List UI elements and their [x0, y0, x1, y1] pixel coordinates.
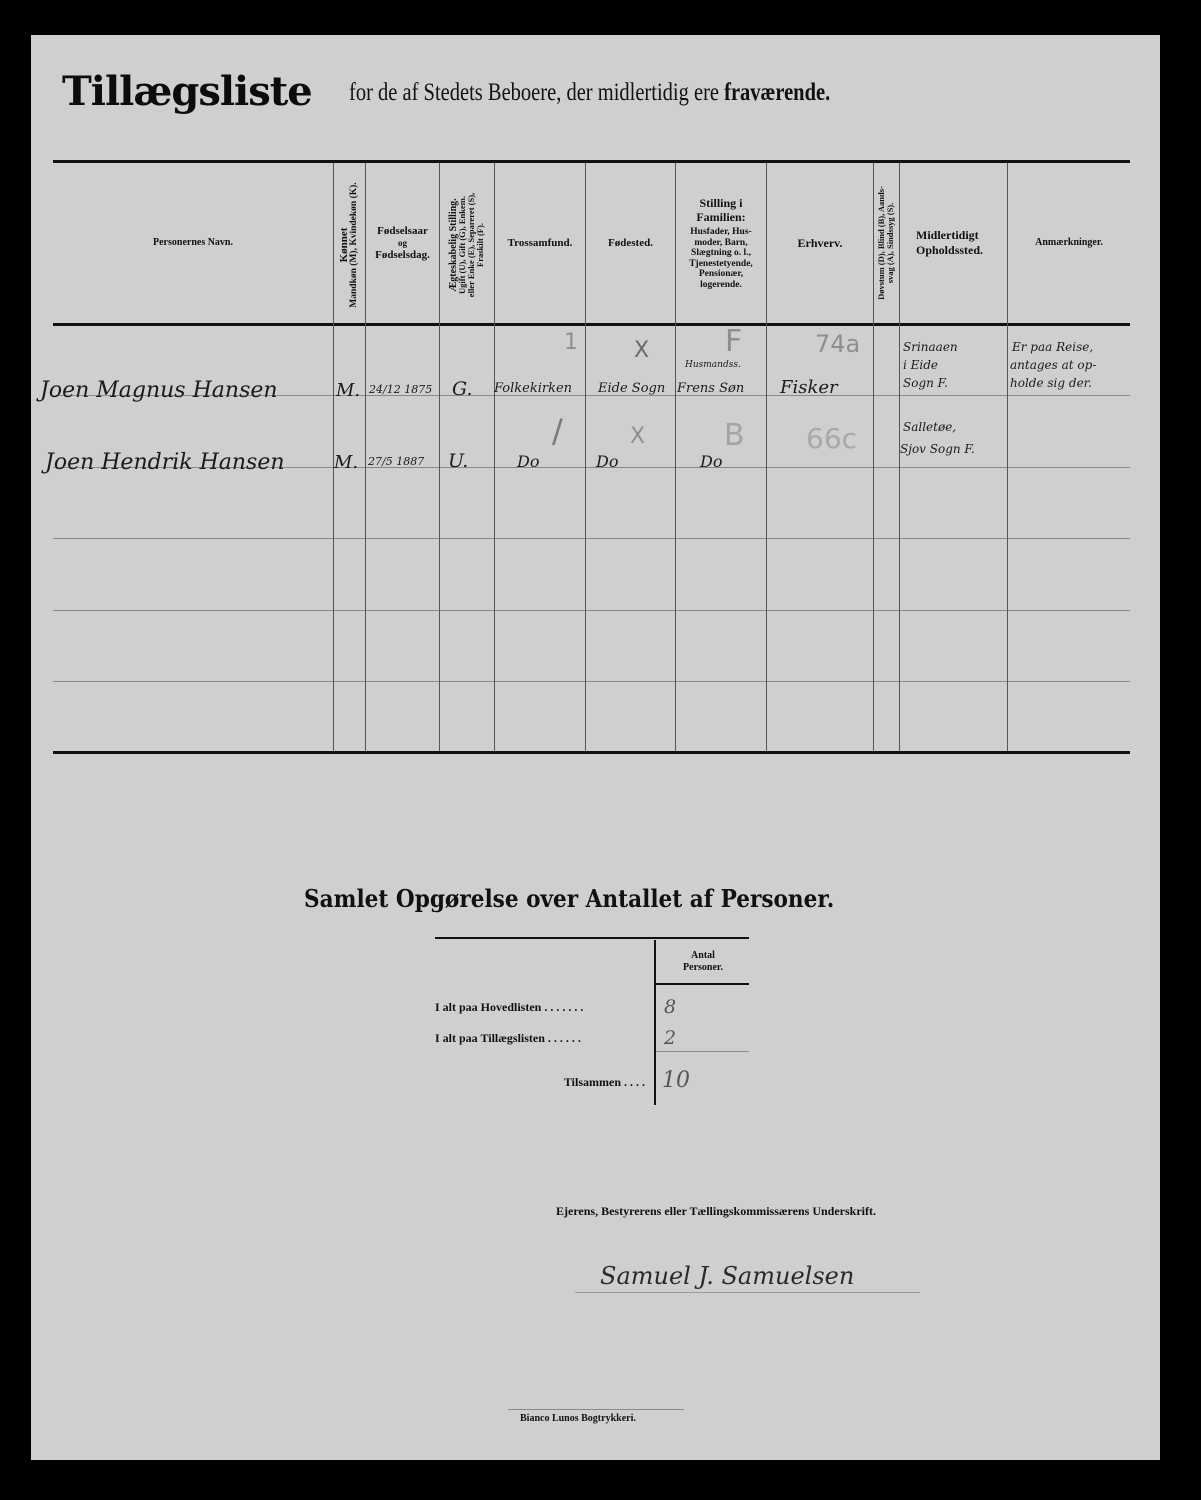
form-subtitle: for de af Stedets Beboere, der midlertid… — [349, 79, 830, 107]
summary-header-rule — [655, 983, 749, 985]
header-name: Personernes Navn. — [53, 163, 333, 323]
header-birthplace: Fødested. — [586, 163, 675, 323]
pencil-mark: / — [552, 412, 563, 450]
summary-label-total: Tilsammen . . . . — [435, 1075, 645, 1090]
cell-religion: Do — [517, 452, 539, 471]
header-family-position: Stilling i Familien: Husfader, Hus- mode… — [676, 163, 766, 323]
header-disability: Døvstum (D), Blind (B), Aands- svag (A),… — [873, 163, 899, 323]
printer-rule — [508, 1409, 684, 1410]
cell-sex: M. — [336, 380, 360, 401]
summary-title: Samlet Opgørelse over Antallet af Person… — [304, 884, 834, 913]
signature-line — [575, 1292, 920, 1293]
cell-name: Joen Magnus Hansen — [40, 378, 278, 403]
summary-divider — [654, 940, 656, 1105]
row-line — [53, 610, 1130, 611]
cell-family-note: Husmandss. — [685, 360, 741, 370]
cell-religion: Folkekirken — [494, 381, 572, 396]
header-sex: Kønnet Mandkøn (M), Kvindekøn (K). — [334, 165, 364, 325]
cell-birth: 27/5 1887 — [368, 455, 424, 468]
pencil-mark: 1 — [564, 330, 578, 355]
summary-col-header: Antal Personer. — [657, 942, 749, 982]
header-temp-residence: Midlertidigt Opholdssted. — [900, 163, 1007, 323]
pencil-mark: 74a — [815, 330, 860, 358]
signature-label: Ejerens, Bestyrerens eller Tællingskommi… — [556, 1204, 876, 1219]
header-religion: Trossamfund. — [495, 163, 585, 323]
summary-subtotal-rule — [655, 1051, 749, 1052]
cell-family-position: Frens Søn — [677, 381, 744, 396]
summary-label-main-list: I alt paa Hovedlisten . . . . . . . — [435, 1000, 645, 1015]
printer-imprint: Bianco Lunos Bogtrykkeri. — [520, 1413, 636, 1424]
pencil-mark: X — [634, 338, 649, 363]
header-remarks: Anmærkninger. — [1008, 163, 1130, 323]
pencil-mark: 66c — [806, 422, 857, 455]
summary-value-main-list: 8 — [664, 996, 676, 1018]
cell-marital: G. — [452, 378, 473, 400]
summary-value-supplement-list: 2 — [664, 1027, 676, 1049]
cell-birthplace: Eide Sogn — [598, 381, 665, 396]
table-bottom-rule — [53, 751, 1130, 754]
pencil-mark: F — [725, 324, 742, 359]
header-birth: Fødselsaar og Fødselsdag. — [366, 163, 439, 323]
row-line — [53, 538, 1130, 539]
cell-birthplace: Do — [596, 452, 618, 471]
summary-label-supplement-list: I alt paa Tillægslisten . . . . . . — [435, 1031, 645, 1046]
summary-top-rule — [435, 937, 749, 939]
cell-sex: M. — [334, 452, 358, 473]
cell-family-position: Do — [700, 452, 722, 471]
cell-birth: 24/12 1875 — [369, 383, 432, 396]
summary-value-total: 10 — [662, 1068, 690, 1093]
pencil-mark: X — [630, 424, 645, 449]
row-line — [53, 681, 1130, 682]
header-occupation: Erhverv. — [767, 163, 873, 323]
header-bottom-rule — [53, 323, 1130, 326]
cell-marital: U. — [448, 450, 468, 472]
header-marital: Ægteskabelig Stilling. Ugift (U), Gift (… — [447, 165, 487, 325]
cell-name: Joen Hendrik Hansen — [45, 450, 285, 475]
pencil-mark: B — [724, 418, 745, 453]
form-title: Tillægsliste — [62, 68, 312, 115]
signature: Samuel J. Samuelsen — [600, 1262, 854, 1290]
column-divider — [439, 163, 440, 751]
cell-occupation: Fisker — [780, 377, 838, 398]
form-subtitle-bold: fraværende. — [724, 79, 830, 106]
